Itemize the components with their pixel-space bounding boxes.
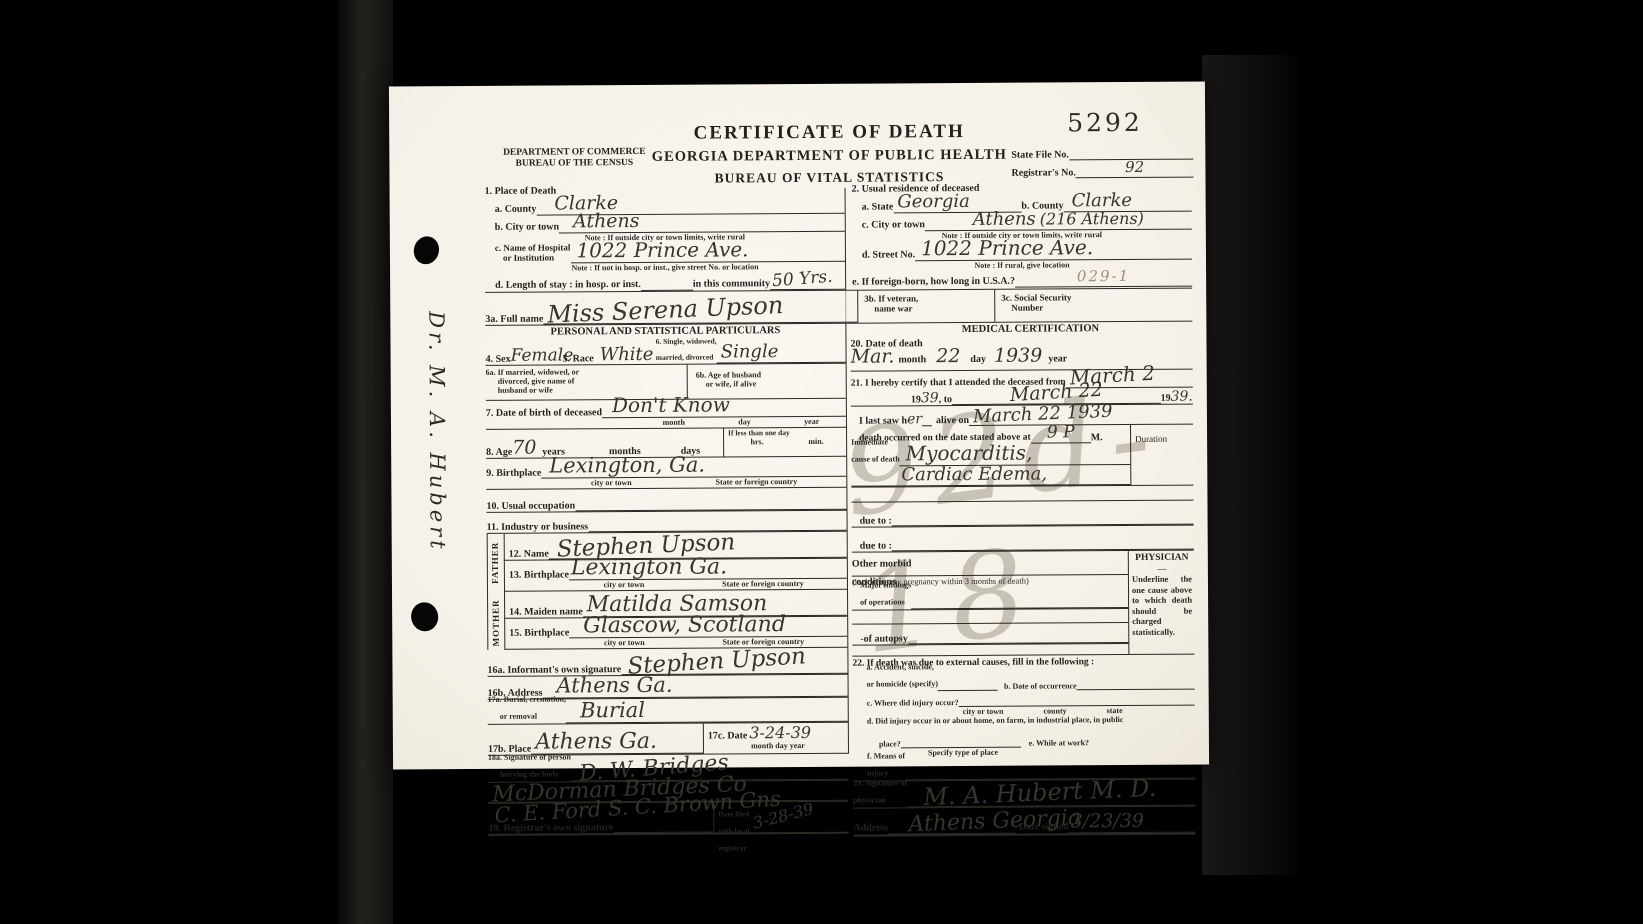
s2-street-value: 1022 Prince Ave.	[921, 235, 1093, 260]
scan-edge-left	[337, 0, 393, 924]
dod-month-label: month	[898, 354, 926, 366]
immediate-label1: Immediate	[851, 438, 888, 447]
sex-label: 4. Sex	[486, 353, 511, 365]
accident-label2: or homicide (specify)	[867, 679, 938, 688]
row-due-to-2: due to :	[852, 526, 1194, 553]
occupation-label: 10. Usual occupation	[486, 500, 575, 512]
s1-city-label: b. City or town	[495, 221, 559, 233]
attended-pre1: 19	[911, 394, 921, 406]
age-label: 8. Age	[486, 446, 512, 458]
father-name-label: 12. Name	[509, 548, 549, 560]
father-birthplace-value: Lexington Ga.	[571, 554, 727, 580]
immediate-label2: cause of death	[851, 455, 900, 464]
findings-label1: Major findings	[860, 581, 911, 590]
department-title: GEORGIA DEPARTMENT OF PUBLIC HEALTH	[644, 147, 1014, 166]
certificate-stamp-number: 5292	[1067, 108, 1143, 137]
s2-state-value: Georgia	[897, 190, 970, 211]
attended-y1: 39	[921, 391, 939, 405]
row-industry: 11. Industry or business	[487, 511, 847, 534]
form-titles: CERTIFICATE OF DEATH GEORGIA DEPARTMENT …	[644, 121, 1014, 186]
block-morbid-conditions: Other morbid conditions (including any p…	[852, 551, 1195, 657]
where-injury-label: c. Where did injury occur?	[867, 698, 959, 708]
death-certificate-document: Dr. M. A. Hubert 92d-18 DEPARTMENT OF CO…	[389, 82, 1209, 770]
min-label: min.	[808, 437, 823, 446]
issuing-agency: DEPARTMENT OF COMMERCE BUREAU OF THE CEN…	[484, 147, 664, 170]
row-physician-address: Address Athens Georgia Date signed 3/23/…	[853, 807, 1195, 837]
row-sex-race-marital: 4. Sex Female 5. Race White 6. Single, w…	[485, 339, 845, 366]
lastsaw-label1: I last saw h	[859, 415, 907, 427]
father-side-label: FATHER	[490, 542, 500, 584]
burial-date-label: 17c. Date	[708, 730, 748, 742]
row-burial: 17a. Burial, cremation, or removal Buria…	[488, 698, 848, 725]
duration-label: Duration	[1135, 434, 1167, 444]
father-bp-sub-city: city or town	[569, 580, 679, 590]
s2-city-label: c. City or town	[862, 219, 925, 231]
birthplace-sub-city: city or town	[556, 478, 666, 488]
dob-sub-month: month	[663, 418, 685, 427]
registrar-no-value: 92	[1125, 158, 1144, 176]
full-name-label: 3a. Full name	[485, 313, 543, 325]
birthplace-value: Lexington, Ga.	[549, 453, 705, 478]
s2-foreign-label: e. If foreign-born, how long in U.S.A.?	[852, 276, 1015, 288]
occurred-value: 9 P	[1047, 422, 1075, 442]
physician-box-title: PHYSICIAN	[1132, 553, 1192, 564]
attended-y2: 39.	[1171, 390, 1193, 404]
dob-value: Don't Know	[612, 392, 730, 417]
state-file-label: State File No.	[1011, 149, 1069, 161]
lastsaw-hw: er	[907, 412, 922, 426]
marital-value: Single	[721, 341, 779, 362]
sex-value: Female	[511, 347, 563, 364]
physician-address-label: Address	[853, 823, 888, 835]
right-column-header: MEDICAL CERTIFICATION	[910, 323, 1150, 337]
informant-address-value: Athens Ga.	[556, 673, 672, 698]
s1-city-value: Athens	[573, 209, 640, 231]
due-to-1-label: due to :	[860, 515, 892, 527]
marital-label2: married, divorced	[656, 353, 714, 362]
mother-block: MOTHER 14. Maiden name Matilda Samson 15…	[487, 590, 847, 650]
s2-state-label: a. State	[862, 201, 894, 213]
spouse-age-label2: or wife, if alive	[696, 379, 846, 389]
s1-stay-label: d. Length of stay : in hosp. or inst.	[495, 279, 641, 291]
agency-line2: BUREAU OF THE CENSUS	[484, 158, 664, 170]
birthplace-label: 9. Birthplace	[486, 467, 541, 479]
physician-sig-label2: physician	[853, 796, 886, 805]
attended-to-label: , to	[939, 394, 952, 406]
pencil-code-topright: 029-1	[1077, 266, 1130, 284]
immediate-cause-value: Myocarditis,	[906, 441, 1033, 466]
lastsaw-label2: alive on	[936, 414, 969, 426]
physician-box-text: Underline the one cause above to which d…	[1132, 574, 1192, 638]
file-number-block: State File No. Registrar's No. 92	[1011, 144, 1193, 179]
injury-sub-state: state	[1107, 706, 1123, 715]
injury-sub-city: city or town	[963, 707, 1004, 716]
father-block: FATHER 12. Name Stephen Upson 13. Birthp…	[487, 532, 847, 592]
date-filed-label3: registrar	[719, 843, 747, 852]
injury-sub-county: county	[1043, 706, 1066, 715]
accident-label1: a. Accident, suicide,	[866, 663, 933, 672]
margin-handwritten-note: Dr. M. A. Hubert	[424, 311, 450, 611]
date-filed-label2: with local	[718, 826, 749, 835]
father-bp-sub-state: State or foreign country	[679, 579, 847, 589]
marital-label1: 6. Single, widowed,	[656, 337, 717, 346]
medical-certification-column: 20. Date of death Mar. month 22 day 1939…	[850, 337, 1195, 837]
row-autopsy: -of autopsy	[852, 623, 1128, 646]
immediate-cause-value2: Cardiac Edema,	[901, 463, 1047, 485]
section-usual-residence: 2. Usual residence of deceased a. State …	[852, 182, 1193, 289]
attended-pre2: 19	[1161, 392, 1171, 404]
burying-label2: burying the body	[488, 770, 559, 779]
row-father-birthplace: 13. Birthplace Lexington Ga. city or tow…	[504, 559, 847, 592]
row-major-findings: Major findings of operations	[852, 588, 1128, 611]
s1-hospital-value: 1022 Prince Ave.	[576, 237, 748, 262]
row-date-of-birth: 7. Date of birth of deceased Don't Know …	[486, 399, 846, 430]
lastsaw-value: March 22 1939	[973, 403, 1113, 427]
personal-particulars-column: 4. Sex Female 5. Race White 6. Single, w…	[485, 339, 848, 836]
s2-city-extra: (216 Athens)	[1040, 208, 1144, 228]
birthplace-sub-state: State or foreign country	[666, 477, 846, 487]
physician-sig-label1: 23. Signature of	[853, 779, 907, 788]
age-value: 70	[512, 439, 542, 458]
row-last-saw: I last saw h er alive on March 22 1939	[851, 405, 1193, 427]
dod-month-value: Mar.	[851, 347, 895, 366]
block-external-causes: 22. If death was due to external causes,…	[852, 655, 1195, 782]
burial-value: Burial	[580, 698, 645, 722]
row-full-name: 3a. Full name Miss Serena Upson 3b. If v…	[485, 288, 1192, 326]
dob-label: 7. Date of birth of deceased	[486, 407, 602, 419]
morbid-label1: Other morbid	[852, 558, 912, 569]
section-place-of-death: 1. Place of Death a. County Clarke b. Ci…	[485, 184, 846, 292]
dod-day-label: day	[970, 354, 986, 366]
s1-hospital-label2: or Institution	[495, 253, 554, 263]
row-due-to-1: due to :	[851, 501, 1193, 528]
burial-date-sub: month day year	[708, 741, 848, 751]
agency-line1: DEPARTMENT OF COMMERCE	[484, 147, 664, 159]
row-blank-3	[852, 644, 1128, 656]
registrar-no-label: Registrar's No.	[1011, 167, 1076, 179]
row-physician-signature: 23. Signature of physician M. A. Hubert …	[853, 780, 1195, 809]
dob-sub-year: year	[804, 417, 819, 426]
block-cause-of-death: death occurred on the date stated above …	[851, 425, 1193, 488]
burial-label1: 17a. Burial, cremation,	[488, 694, 566, 703]
row-attended: 21. I hereby certify that I attended the…	[851, 370, 1193, 407]
burial-date-value: 3-24-39	[749, 725, 811, 741]
mother-birthplace-label: 15. Birthplace	[509, 627, 569, 639]
race-label: 5. Race	[563, 353, 594, 365]
scan-edge-right	[1202, 55, 1304, 875]
s1-county-label: a. County	[495, 204, 537, 216]
dob-sub-day: day	[738, 417, 751, 426]
mother-bp-sub-city: city or town	[569, 638, 679, 648]
race-value: White	[594, 346, 656, 364]
row-occupation: 10. Usual occupation	[486, 488, 846, 513]
findings-label2: of operations	[860, 598, 905, 607]
father-birthplace-label: 13. Birthplace	[509, 569, 569, 581]
dod-day-value: 22	[936, 347, 960, 366]
hrs-label: hrs.	[750, 437, 763, 446]
row-registrar: 19. Registrar's own signature C. E. Ford…	[488, 802, 848, 836]
due-to-2-label: due to :	[860, 540, 892, 552]
industry-label: 11. Industry or business	[487, 521, 589, 533]
while-at-work-label: e. While at work?	[1029, 738, 1089, 747]
physician-signature-value: M. A. Hubert M. D.	[923, 776, 1157, 810]
s1-community-value: 50 Yrs.	[771, 268, 833, 290]
autopsy-label: -of autopsy	[860, 633, 908, 645]
hole-punch-top	[411, 234, 442, 267]
occurrence-date-label: b. Date of occurrence	[1004, 681, 1077, 690]
dod-year-value: 1939	[994, 346, 1042, 365]
mother-side-label: MOTHER	[491, 599, 501, 646]
dod-year-label: year	[1048, 353, 1067, 365]
ssn-label2: Number	[1001, 302, 1192, 314]
burying-label1: 18a. Signature of person	[488, 752, 571, 762]
certificate-title: CERTIFICATE OF DEATH	[644, 121, 1014, 145]
full-name-value: Miss Serena Upson	[547, 293, 784, 327]
s1-community-label: in this community	[693, 278, 770, 290]
row-birthplace: 9. Birthplace Lexington, Ga. city or tow…	[486, 457, 846, 490]
burial-label2: or removal	[488, 712, 537, 721]
veteran-label2: name war	[864, 303, 994, 314]
s2-city-value: Athens	[973, 208, 1036, 229]
mother-birthplace-value: Glascow, Scotland	[583, 612, 786, 638]
s1-hospital-label1: c. Name of Hospital	[495, 242, 571, 252]
s2-street-label: d. Street No.	[862, 249, 915, 261]
means-label1: f. Means of	[867, 752, 905, 761]
